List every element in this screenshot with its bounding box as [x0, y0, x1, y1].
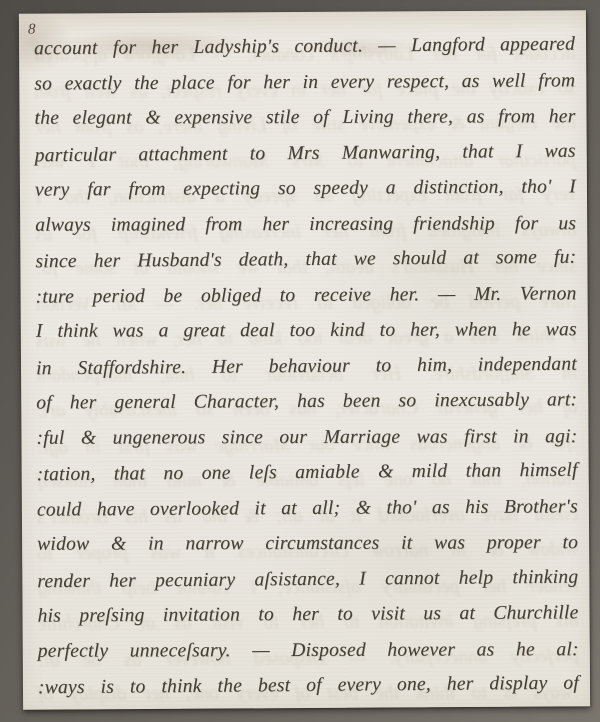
manuscript-line: perfectly unneceſsary. — Disposed howeve…	[38, 633, 579, 670]
manuscript-line: account for her Ladyship's conduct. — La…	[34, 28, 575, 68]
manuscript-line: :ful & ungenerous since our Marriage was…	[36, 420, 577, 457]
manuscript-line: so exactly the place for her in every re…	[34, 64, 575, 103]
manuscript-line: very far from expecting so speedy a dist…	[35, 170, 576, 209]
manuscript-text: account for her Ladyship's conduct. — La…	[34, 28, 579, 706]
manuscript-page: 8 account for her Ladyship's conduct. — …	[19, 10, 590, 709]
manuscript-line: I think was a great deal too kind to her…	[36, 313, 577, 350]
manuscript-line: of her general Character, has been so in…	[36, 383, 577, 422]
manuscript-line: always imagined from her increasing frie…	[35, 207, 576, 244]
manuscript-line: :ways is to think the best of every one,…	[38, 667, 579, 707]
manuscript-line: since her Husband's death, that we shoul…	[35, 241, 576, 281]
manuscript-line: widow & in narrow circumstances it was p…	[37, 526, 578, 563]
manuscript-line: :ture period be obliged to receive her. …	[36, 277, 577, 316]
manuscript-line: in Staffordshire. Her behaviour to him, …	[36, 347, 577, 387]
manuscript-line: could have overlooked it at all; & tho' …	[37, 490, 578, 529]
manuscript-line: the elegant & expensive stile of Living …	[34, 100, 575, 137]
manuscript-line: render her pecuniary aſsistance, I canno…	[37, 560, 578, 600]
manuscript-line: his preſsing invitation to her to visit …	[37, 596, 578, 635]
manuscript-line: :tation, that no one leſs amiable & mild…	[37, 454, 578, 494]
manuscript-line: particular attachment to Mrs Manwaring, …	[35, 134, 576, 174]
photograph-background: 8 account for her Ladyship's conduct. — …	[0, 0, 600, 722]
